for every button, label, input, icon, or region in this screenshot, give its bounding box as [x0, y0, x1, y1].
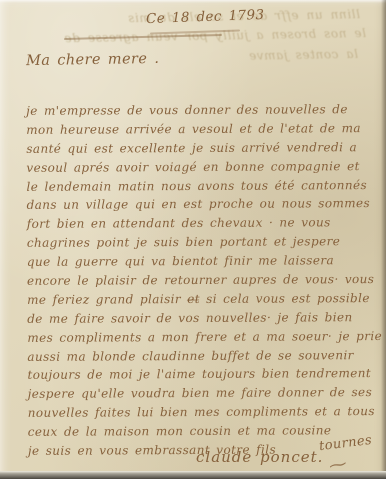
letter-line: chagrines point je suis bien portant et …: [27, 232, 363, 253]
scan-edge-right: [381, 0, 386, 479]
letter-line: ceux de la maison mon cousin et ma cousi…: [28, 421, 364, 442]
letter-line: jespere qu'elle voudra bien me faire don…: [28, 383, 364, 404]
salutation: Ma chere mere .: [26, 51, 160, 69]
letter-line: je m'empresse de vous donner des nouvell…: [26, 100, 362, 121]
letter-line: santé qui est excellente je suis arrivé …: [26, 138, 362, 159]
letter-scan: llinn un effr de et so els du mis le nos…: [0, 0, 386, 479]
letter-line: le lendemain matin nous avons tous été c…: [26, 176, 362, 197]
letter-body: je m'empresse de vous donner des nouvell…: [26, 100, 364, 461]
scan-edge-top: [0, 0, 386, 3]
scan-edge-bottom: [0, 471, 386, 479]
letter-line: que la guerre qui va bientot finir me la…: [27, 251, 363, 272]
letter-line: nouvelles faites lui bien mes compliment…: [28, 402, 364, 423]
letter-line: me feriez grand plaisir e̶t̶ si cela vou…: [27, 289, 363, 310]
date-line: Ce 18 dec 1793: [146, 7, 265, 27]
letter-line: dans un village qui en est proche ou nou…: [27, 195, 363, 216]
bleedthrough-line: la contes jamve: [228, 47, 358, 63]
letter-line: encore le plaisir de retourner aupres de…: [27, 270, 363, 291]
signature: claude poncet.: [196, 448, 323, 466]
letter-line: mon heureuse arrivée a vesoul et de l'et…: [26, 119, 362, 140]
letter-line: toujours de moi je l'aime toujours bien …: [27, 365, 363, 386]
letter-line: mes compliments a mon frere et a ma soeu…: [27, 327, 363, 348]
letter-line: vesoul aprés avoir voiagé en bonne compa…: [26, 157, 362, 178]
letter-line: fort bien en attendant des chevaux · ne …: [27, 213, 363, 234]
letter-line: aussi ma blonde claudinne buffet de se s…: [27, 346, 363, 367]
letter-line: de me faire savoir de vos nouvelles· je …: [27, 308, 363, 329]
